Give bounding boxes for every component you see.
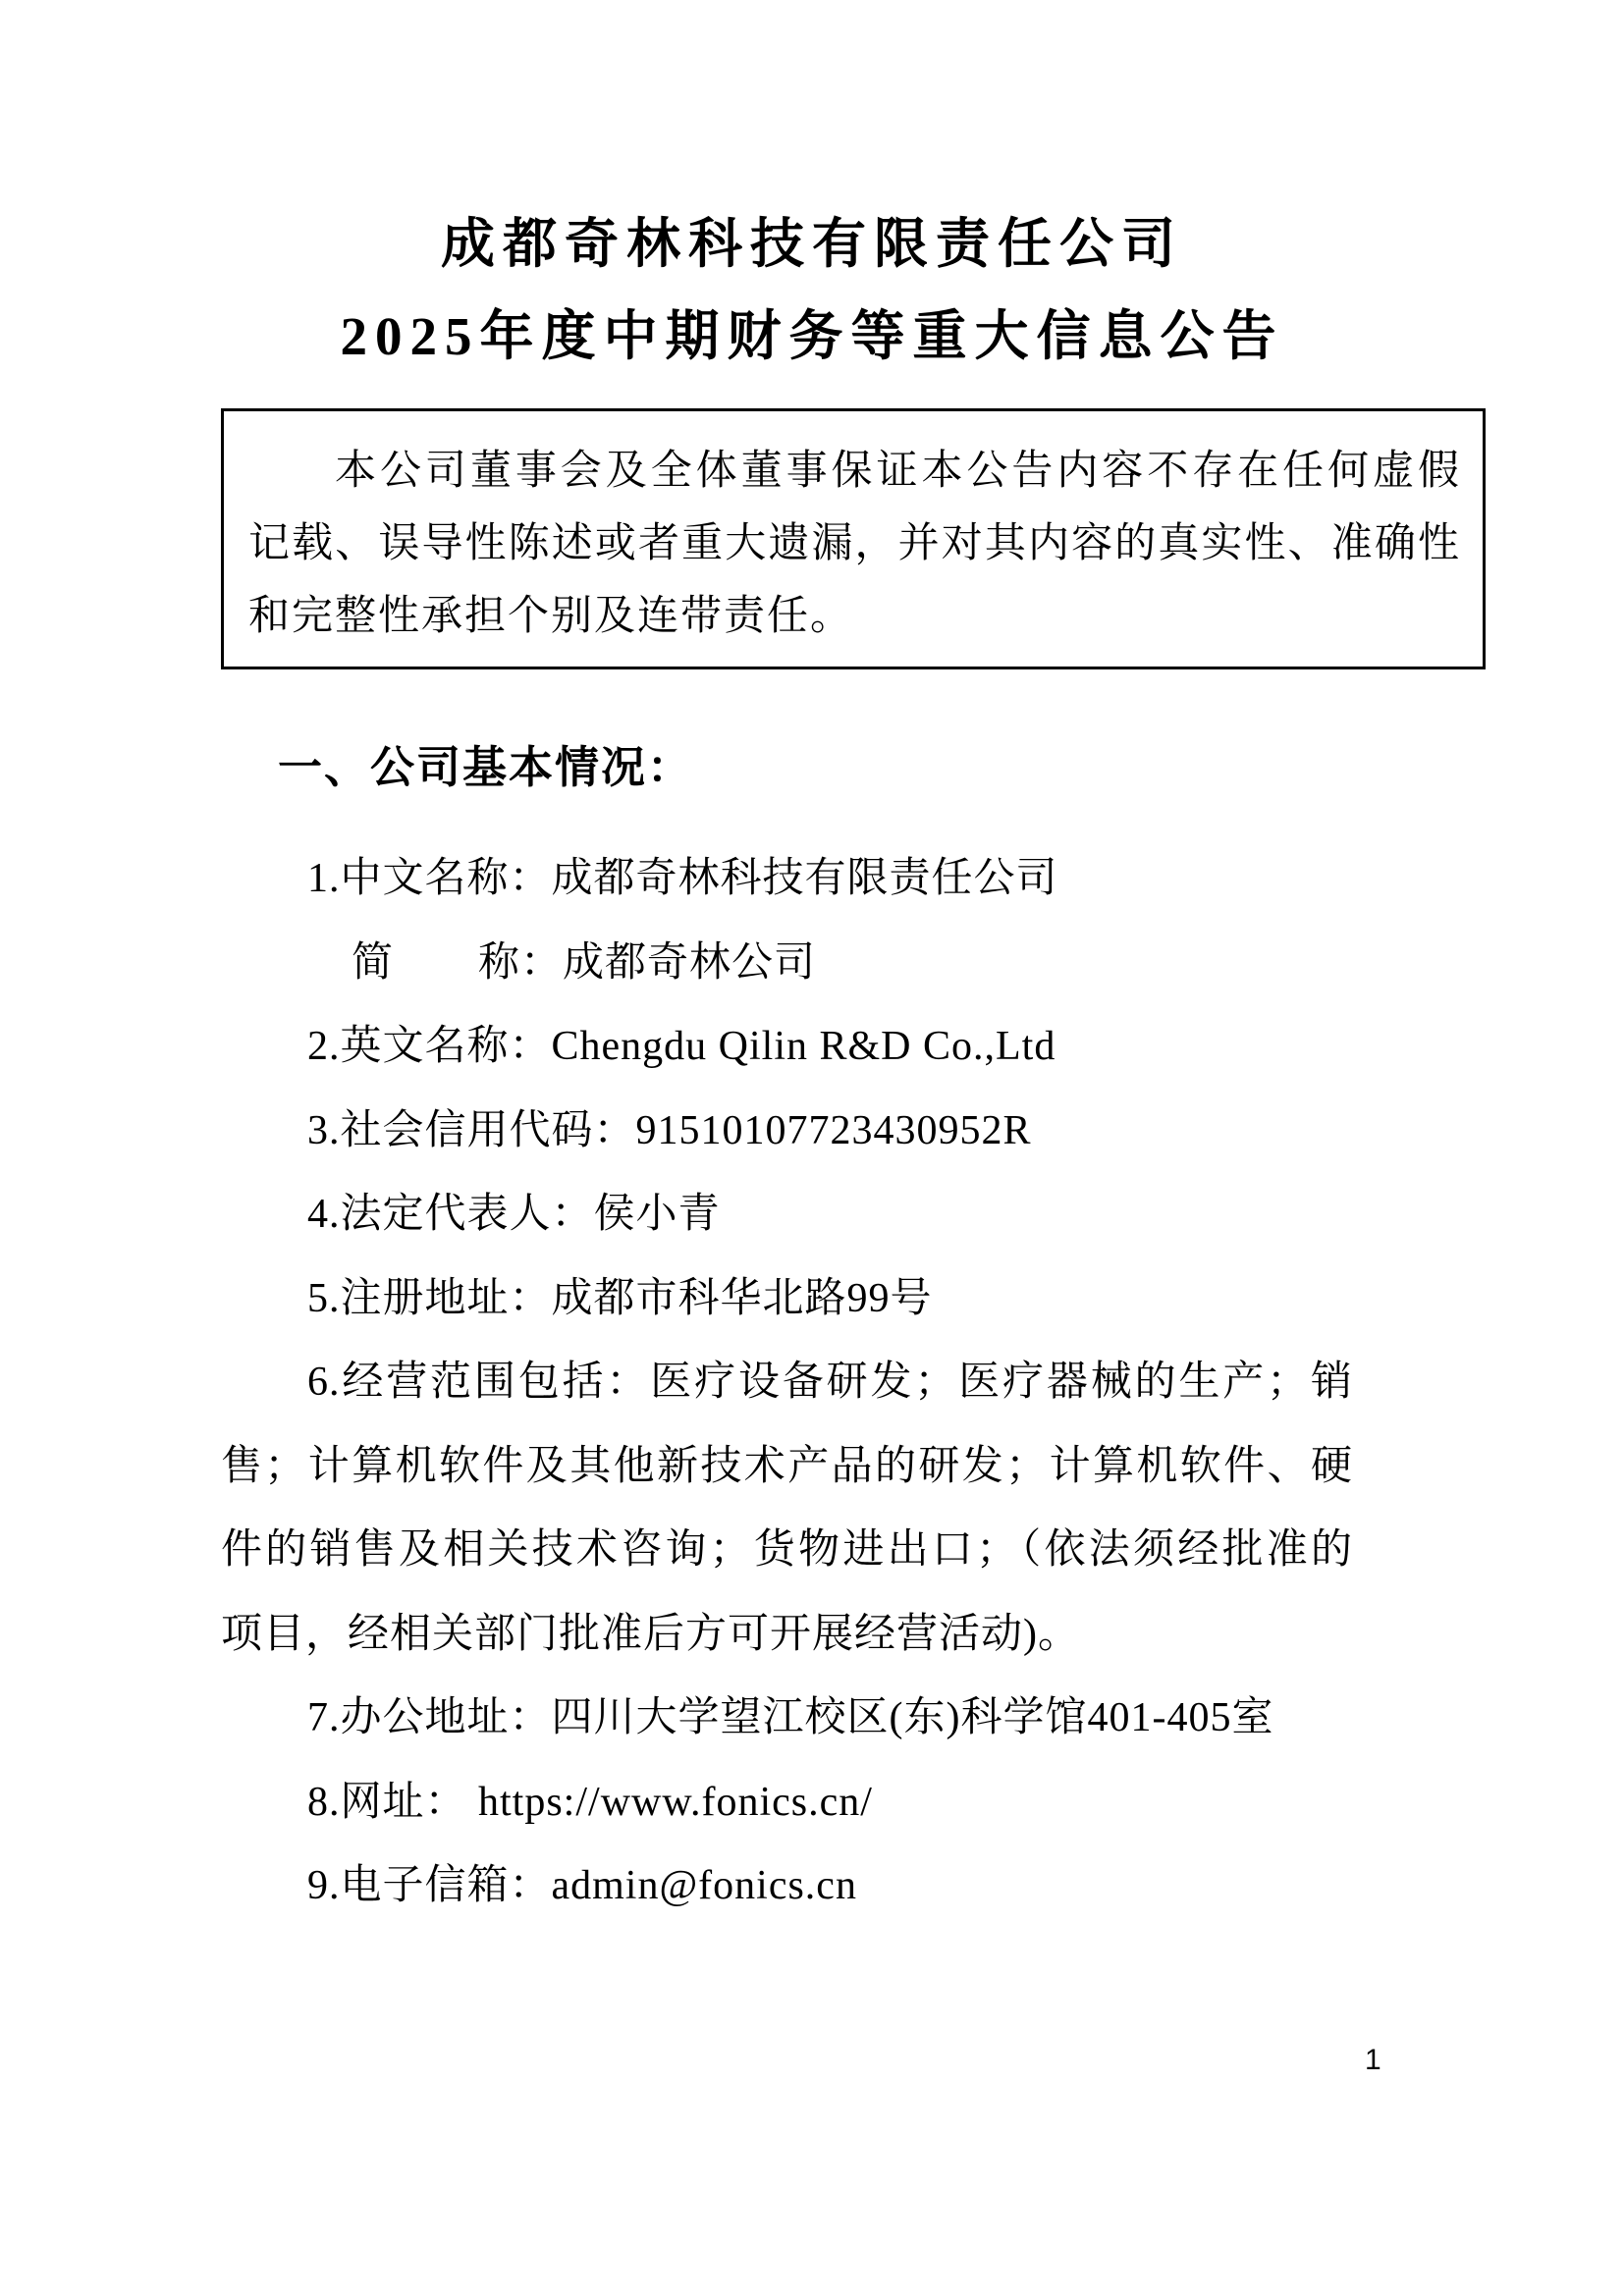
item-english-name: 2.英文名称：Chengdu Qilin R&D Co.,Ltd	[221, 1005, 1353, 1090]
disclaimer-line-2: 记载、误导性陈述或者重大遗漏，并对其内容的真实性、准确性	[248, 507, 1461, 580]
document-title-line1: 成都奇林科技有限责任公司	[0, 198, 1624, 291]
document-title-line2: 2025年度中期财务等重大信息公告	[0, 291, 1624, 383]
disclaimer-box: 本公司董事会及全体董事保证本公告内容不存在任何虚假 记载、误导性陈述或者重大遗漏…	[221, 408, 1486, 669]
item-registered-address: 5.注册地址：成都市科华北路99号	[221, 1257, 1353, 1342]
item-office-address: 7.办公地址：四川大学望江校区(东)科学馆401-405室	[221, 1677, 1353, 1761]
item-business-scope-line3: 件的销售及相关技术咨询；货物进出口；（依法须经批准的	[221, 1509, 1353, 1593]
item-business-scope-line4: 项目，经相关部门批准后方可开展经营活动)。	[221, 1593, 1353, 1678]
item-website: 8.网址： https://www.fonics.cn/	[221, 1761, 1353, 1845]
document-title: 成都奇林科技有限责任公司 2025年度中期财务等重大信息公告	[0, 0, 1624, 383]
item-credit-code: 3.社会信用代码：91510107723430952R	[221, 1090, 1353, 1174]
item-business-scope-line2: 售；计算机软件及其他新技术产品的研发；计算机软件、硬	[221, 1425, 1353, 1510]
item-legal-representative: 4.法定代表人：侯小青	[221, 1173, 1353, 1257]
item-chinese-name: 1.中文名称：成都奇林科技有限责任公司	[221, 837, 1353, 922]
section-heading-company-basics: 一、公司基本情况：	[278, 743, 1624, 792]
company-info-list: 1.中文名称：成都奇林科技有限责任公司 简 称：成都奇林公司 2.英文名称：Ch…	[221, 837, 1353, 1929]
disclaimer-line-3: 和完整性承担个别及连带责任。	[248, 580, 1461, 653]
item-short-name: 简 称：成都奇林公司	[221, 922, 1353, 1006]
document-page: 成都奇林科技有限责任公司 2025年度中期财务等重大信息公告 本公司董事会及全体…	[0, 0, 1624, 2296]
page-number: 1	[1365, 2044, 1381, 2077]
item-email: 9.电子信箱：admin@fonics.cn	[221, 1844, 1353, 1929]
disclaimer-line-1: 本公司董事会及全体董事保证本公告内容不存在任何虚假	[248, 435, 1461, 507]
item-business-scope-line1: 6.经营范围包括：医疗设备研发；医疗器械的生产；销	[221, 1341, 1353, 1425]
